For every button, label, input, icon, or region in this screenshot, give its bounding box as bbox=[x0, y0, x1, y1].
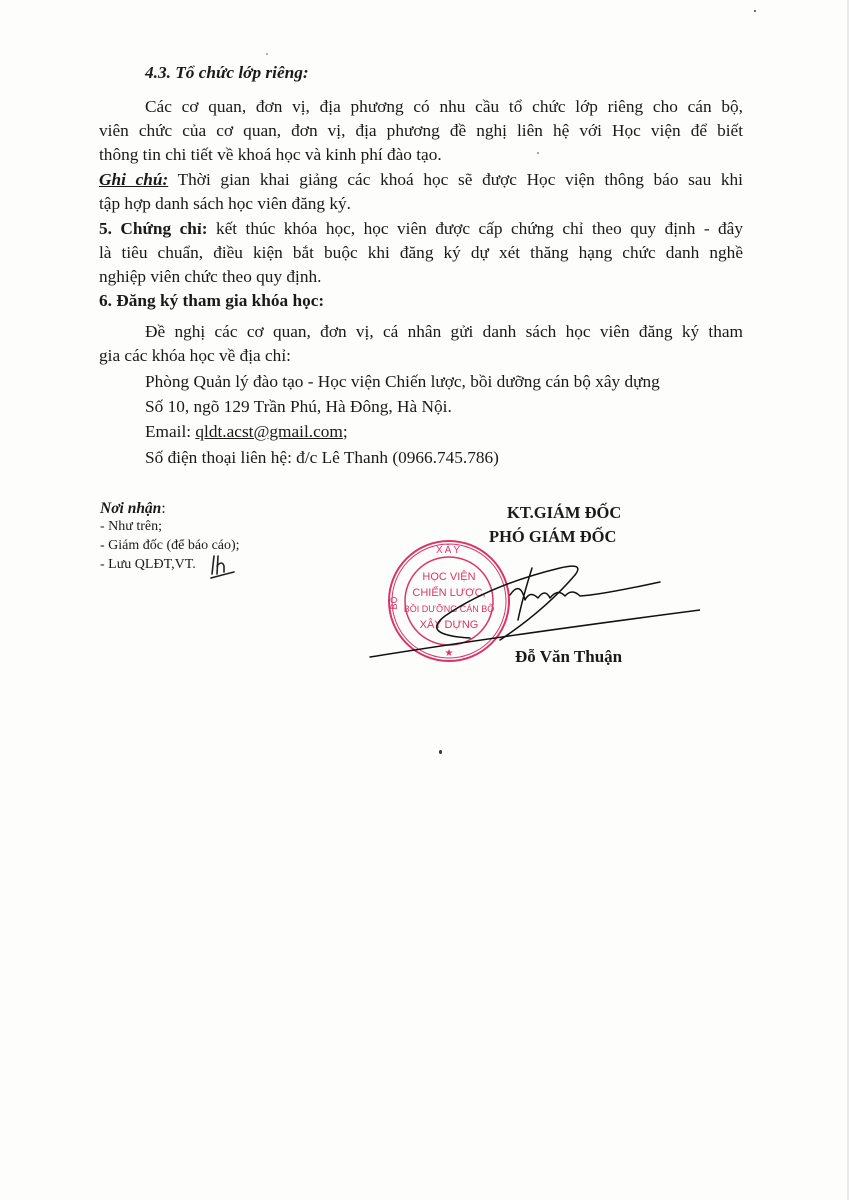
section-6-para-line-2: gia các khóa học về địa chỉ: bbox=[99, 346, 291, 366]
section-4-3-heading: 4.3. Tổ chức lớp riêng: bbox=[145, 63, 309, 83]
recipients-colon: : bbox=[161, 500, 165, 517]
section-5-line: 5. Chứng chỉ: kết thúc khóa học, học viê… bbox=[99, 219, 743, 239]
email-link[interactable]: qldt.acst@gmail.com bbox=[195, 422, 342, 441]
section-5-line-2: là tiêu chuẩn, điều kiện bắt buộc khi đă… bbox=[99, 243, 743, 263]
section-4-3-para-line: thông tin chi tiết về khoá học và kinh p… bbox=[99, 145, 442, 165]
email-label: Email: bbox=[145, 422, 195, 441]
recipients-heading-line: Nơi nhận: bbox=[100, 499, 166, 519]
scan-speck bbox=[754, 10, 756, 12]
recipient-item: - Lưu QLĐT,VT. bbox=[100, 556, 196, 573]
note-line: Ghi chú: Thời gian khai giảng các khoá h… bbox=[99, 170, 743, 190]
office-address: Số 10, ngõ 129 Trần Phú, Hà Đông, Hà Nội… bbox=[145, 397, 452, 417]
scan-speck bbox=[266, 53, 268, 55]
office-name: Phòng Quản lý đào tạo - Học viện Chiến l… bbox=[145, 372, 660, 392]
scan-speck bbox=[537, 152, 539, 154]
section-5-label: 5. Chứng chỉ: bbox=[99, 219, 207, 238]
section-6-heading: 6. Đăng ký tham gia khóa học: bbox=[99, 291, 324, 311]
note-label: Ghi chú: bbox=[99, 170, 168, 189]
recipients-heading: Nơi nhận bbox=[100, 500, 161, 517]
initials-mark-icon bbox=[208, 552, 248, 582]
section-5-text: kết thúc khóa học, học viên được cấp chứ… bbox=[207, 219, 743, 238]
note-text: Thời gian khai giảng các khoá học sẽ đượ… bbox=[168, 170, 743, 189]
section-4-3-para-line: Các cơ quan, đơn vị, địa phương có nhu c… bbox=[145, 97, 743, 117]
section-6-para-line: Đề nghị các cơ quan, đơn vị, cá nhân gửi… bbox=[145, 322, 743, 342]
scan-speck bbox=[439, 750, 442, 754]
recipient-item: - Như trên; bbox=[100, 518, 162, 535]
signer-name: Đỗ Văn Thuận bbox=[515, 647, 622, 667]
section-4-3-para-line: viên chức của cơ quan, đơn vị, địa phươn… bbox=[99, 121, 743, 141]
email-line: Email: qldt.acst@gmail.com; bbox=[145, 422, 348, 442]
document-page: 4.3. Tổ chức lớp riêng: Các cơ quan, đơn… bbox=[0, 0, 849, 1200]
signer-title-1: KT.GIÁM ĐỐC bbox=[507, 503, 621, 523]
email-suffix: ; bbox=[343, 422, 348, 441]
phone-line: Số điện thoại liên hệ: đ/c Lê Thanh (096… bbox=[145, 448, 499, 468]
section-5-line-3: nghiệp viên chức theo quy định. bbox=[99, 267, 321, 287]
note-line-2: tập hợp danh sách học viên đăng ký. bbox=[99, 194, 351, 214]
